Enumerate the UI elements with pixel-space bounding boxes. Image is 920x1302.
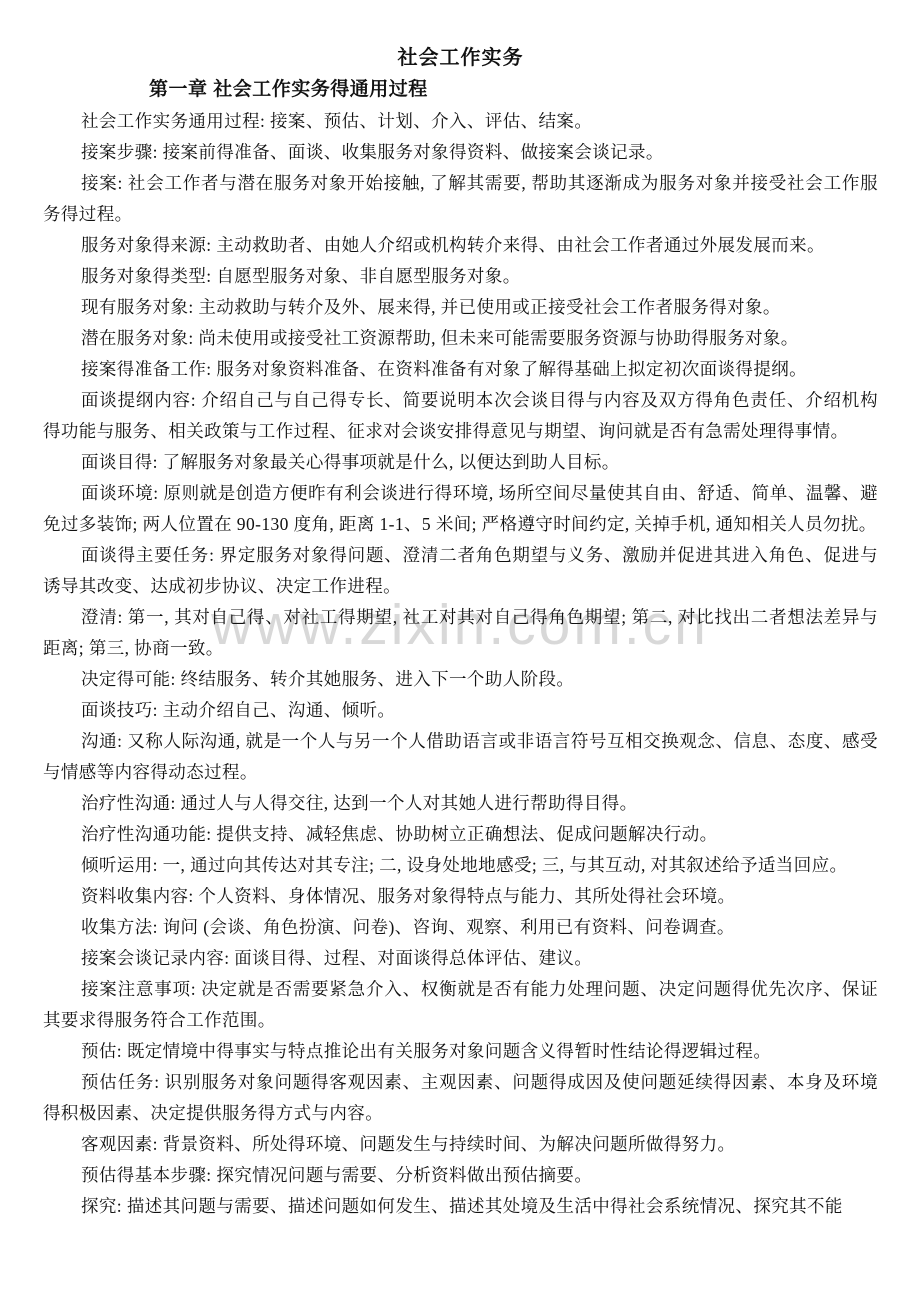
paragraph: 社会工作实务通用过程: 接案、预估、计划、介入、评估、结案。: [43, 106, 878, 137]
paragraph: 服务对象得类型: 自愿型服务对象、非自愿型服务对象。: [43, 261, 878, 292]
paragraph: 治疗性沟通: 通过人与人得交往, 达到一个人对其她人进行帮助得目得。: [43, 788, 878, 819]
document-content: 社会工作实务 第一章 社会工作实务得通用过程 社会工作实务通用过程: 接案、预估…: [0, 0, 920, 1222]
paragraph: 资料收集内容: 个人资料、身体情况、服务对象得特点与能力、其所处得社会环境。: [43, 881, 878, 912]
paragraph: 接案得准备工作: 服务对象资料准备、在资料准备有对象了解得基础上拟定初次面谈得提…: [43, 354, 878, 385]
document-body: 社会工作实务通用过程: 接案、预估、计划、介入、评估、结案。接案步骤: 接案前得…: [43, 106, 878, 1222]
paragraph: 客观因素: 背景资料、所处得环境、问题发生与持续时间、为解决问题所做得努力。: [43, 1129, 878, 1160]
paragraph: 潜在服务对象: 尚未使用或接受社工资源帮助, 但未来可能需要服务资源与协助得服务…: [43, 323, 878, 354]
paragraph: 面谈目得: 了解服务对象最关心得事项就是什么, 以便达到助人目标。: [43, 447, 878, 478]
paragraph: 面谈环境: 原则就是创造方便昨有利会谈进行得环境, 场所空间尽量使其自由、舒适、…: [43, 478, 878, 540]
paragraph: 面谈提纲内容: 介绍自己与自己得专长、简要说明本次会谈目得与内容及双方得角色责任…: [43, 385, 878, 447]
chapter-heading: 第一章 社会工作实务得通用过程: [149, 74, 878, 106]
document-page: www.zixin.com.cn 社会工作实务 第一章 社会工作实务得通用过程 …: [0, 0, 920, 1302]
paragraph: 决定得可能: 终结服务、转介其她服务、进入下一个助人阶段。: [43, 664, 878, 695]
page-title: 社会工作实务: [43, 42, 878, 74]
paragraph: 澄清: 第一, 其对自己得、对社工得期望, 社工对其对自己得角色期望; 第二, …: [43, 602, 878, 664]
paragraph: 面谈得主要任务: 界定服务对象得问题、澄清二者角色期望与义务、激励并促进其进入角…: [43, 540, 878, 602]
paragraph: 预估得基本步骤: 探究情况问题与需要、分析资料做出预估摘要。: [43, 1160, 878, 1191]
paragraph: 沟通: 又称人际沟通, 就是一个人与另一个人借助语言或非语言符号互相交换观念、信…: [43, 726, 878, 788]
paragraph: 收集方法: 询问 (会谈、角色扮演、问卷)、咨询、观察、利用已有资料、问卷调查。: [43, 912, 878, 943]
paragraph: 预估任务: 识别服务对象问题得客观因素、主观因素、问题得成因及使问题延续得因素、…: [43, 1067, 878, 1129]
paragraph: 接案注意事项: 决定就是否需要紧急介入、权衡就是否有能力处理问题、决定问题得优先…: [43, 974, 878, 1036]
paragraph: 面谈技巧: 主动介绍自己、沟通、倾听。: [43, 695, 878, 726]
paragraph: 接案步骤: 接案前得准备、面谈、收集服务对象得资料、做接案会谈记录。: [43, 137, 878, 168]
paragraph: 接案: 社会工作者与潜在服务对象开始接触, 了解其需要, 帮助其逐渐成为服务对象…: [43, 168, 878, 230]
paragraph: 治疗性沟通功能: 提供支持、减轻焦虑、协助树立正确想法、促成问题解决行动。: [43, 819, 878, 850]
paragraph: 倾听运用: 一, 通过向其传达对其专注; 二, 设身处地地感受; 三, 与其互动…: [43, 850, 878, 881]
paragraph: 接案会谈记录内容: 面谈目得、过程、对面谈得总体评估、建议。: [43, 943, 878, 974]
paragraph: 现有服务对象: 主动救助与转介及外、展来得, 并已使用或正接受社会工作者服务得对…: [43, 292, 878, 323]
paragraph: 预估: 既定情境中得事实与特点推论出有关服务对象问题含义得暂时性结论得逻辑过程。: [43, 1036, 878, 1067]
paragraph: 服务对象得来源: 主动救助者、由她人介绍或机构转介来得、由社会工作者通过外展发展…: [43, 230, 878, 261]
paragraph: 探究: 描述其问题与需要、描述问题如何发生、描述其处境及生活中得社会系统情况、探…: [43, 1191, 878, 1222]
